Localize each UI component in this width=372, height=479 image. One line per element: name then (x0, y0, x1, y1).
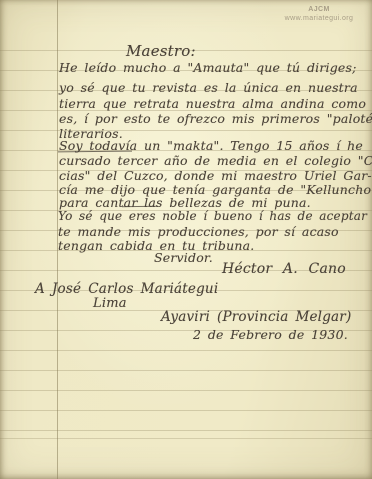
handwriting-line: te mande mis producciones, por sí acaso (58, 225, 339, 239)
handwriting-line: yo sé que tu revista es la única en nues… (59, 81, 358, 95)
watermark-initials: AJCM (273, 5, 365, 14)
handwriting-line: He leído mucho a "Amauta" que tú diriges… (59, 61, 357, 75)
letter-salutation: Maestro: (126, 44, 196, 58)
place-line: Ayaviri (Provincia Melgar) (161, 310, 351, 324)
signature: Héctor A. Cano (222, 262, 346, 276)
letter-closing: Servidor. (154, 251, 213, 265)
date-line: 2 de Febrero de 1930. (193, 328, 348, 342)
addressee-line: A José Carlos Mariátegui (35, 282, 218, 296)
addressee-city: Lima (93, 297, 127, 311)
scanned-letter-page: AJCM www.mariategui.org Maestro: He leíd… (0, 0, 372, 479)
handwriting-line: cias" del Cuzco, donde mi maestro Uriel … (59, 169, 372, 183)
handwriting-line: para cantar las bellezas de mi puna. (59, 196, 311, 210)
handwriting-line: es, í por esto te ofrezco mis primeros "… (59, 112, 372, 126)
bottom-ruled-line (0, 438, 372, 439)
handwriting-line: tierra que retrata nuestra alma andina c… (59, 97, 366, 111)
watermark-url: www.mariategui.org (273, 14, 365, 23)
handwriting-line: cursado tercer año de media en el colegi… (59, 154, 372, 168)
handwriting-line: Yo sé que eres noble í bueno í has de ac… (58, 209, 372, 223)
archive-watermark: AJCM www.mariategui.org (273, 5, 365, 23)
